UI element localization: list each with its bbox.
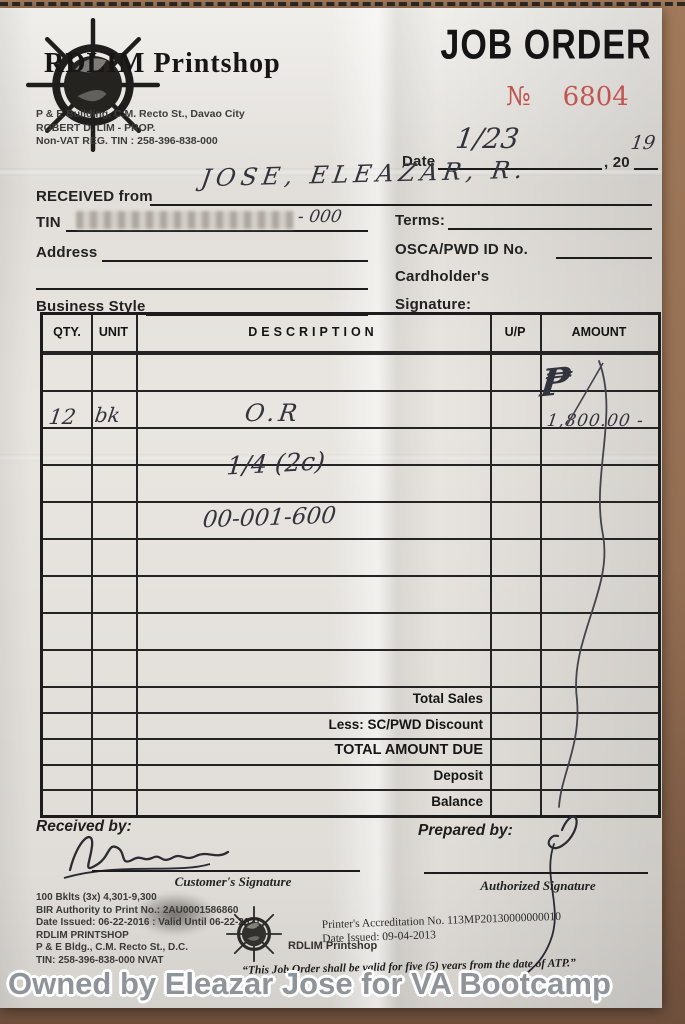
tin-value-redacted	[76, 211, 294, 229]
less-discount-label: Less: SC/PWD Discount	[138, 717, 483, 732]
customer-signature-caption: Customer's Signature	[118, 874, 348, 890]
year-prefix: , 20	[604, 154, 630, 171]
tin-underline	[66, 230, 368, 232]
handwritten-qty: 12	[47, 405, 77, 429]
perforation-line	[0, 2, 685, 6]
total-sales-label: Total Sales	[138, 691, 483, 706]
receipt-photo: RDLIM Printshop P & E Building, C.M. Rec…	[0, 0, 685, 1024]
booklet-info-line: 100 Bklts (3x) 4,301-9,300	[36, 892, 261, 905]
brand-name: RDLIM Printshop	[44, 48, 281, 80]
signature-label: Signature:	[395, 296, 471, 313]
column-header-description: DESCRIPTION	[136, 325, 490, 339]
address-underline	[102, 260, 368, 262]
cardholder-label: Cardholder's	[395, 268, 489, 285]
handwritten-unit: bk	[93, 403, 121, 427]
items-table: QTY. UNIT DESCRIPTION U/P AMOUNT	[40, 312, 661, 818]
address-label: Address	[36, 244, 97, 261]
handwritten-description-1: O.R	[243, 399, 303, 427]
job-order-paper: RDLIM Printshop P & E Building, C.M. Rec…	[0, 8, 662, 1008]
document-title: JOB ORDER	[440, 22, 652, 70]
numero-symbol: №	[506, 82, 531, 112]
column-header-qty: QTY.	[43, 325, 91, 339]
company-proprietor: ROBERT D. LIM - PROP.	[36, 122, 245, 136]
terms-underline	[448, 228, 652, 230]
handwritten-description-2: 1/4 (2c)	[225, 446, 326, 480]
customer-signature-underline	[92, 870, 360, 872]
handwritten-description-3: 00-001-600	[201, 503, 337, 534]
year-underline	[634, 168, 658, 170]
handwritten-year: 19	[629, 132, 656, 154]
footer-wheel-stamp-icon	[226, 906, 282, 962]
pen-stroke-squiggle	[503, 355, 663, 813]
balance-label: Balance	[138, 794, 483, 809]
received-from-underline	[150, 204, 652, 206]
tin-label: TIN	[36, 214, 61, 231]
deposit-label: Deposit	[138, 768, 483, 783]
ownership-watermark: Owned by Eleazar Jose for VA Bootcamp	[8, 966, 685, 1002]
address2-underline	[36, 288, 368, 290]
company-tin: Non-VAT REG. TIN : 258-396-838-000	[36, 135, 245, 149]
column-header-amount: AMOUNT	[540, 325, 658, 339]
received-from-label: RECEIVED from	[36, 188, 153, 205]
company-address: P & E Building, C.M. Recto St., Davao Ci…	[36, 108, 245, 122]
column-header-up: U/P	[490, 325, 540, 339]
handwritten-tin-suffix: - 000	[297, 207, 343, 227]
authorized-signature-caption: Authorized Signature	[428, 878, 648, 894]
company-info: P & E Building, C.M. Recto St., Davao Ci…	[36, 108, 245, 149]
handwritten-received-from: JOSE, ELEAZAR, R.	[199, 156, 529, 192]
osca-pwd-label: OSCA/PWD ID No.	[395, 241, 528, 258]
terms-label: Terms:	[395, 212, 445, 229]
order-number: № 6804	[506, 82, 629, 112]
handwritten-date: 1/23	[454, 122, 522, 155]
brand-name-printshop: Printshop	[153, 48, 280, 79]
brand-name-rdlim: RDLIM	[44, 48, 145, 79]
total-amount-due-label: TOTAL AMOUNT DUE	[138, 742, 483, 758]
osca-pwd-underline	[556, 257, 652, 259]
column-header-unit: UNIT	[91, 325, 136, 339]
order-number-value: 6804	[563, 82, 629, 112]
authorized-signature-underline	[424, 872, 648, 874]
